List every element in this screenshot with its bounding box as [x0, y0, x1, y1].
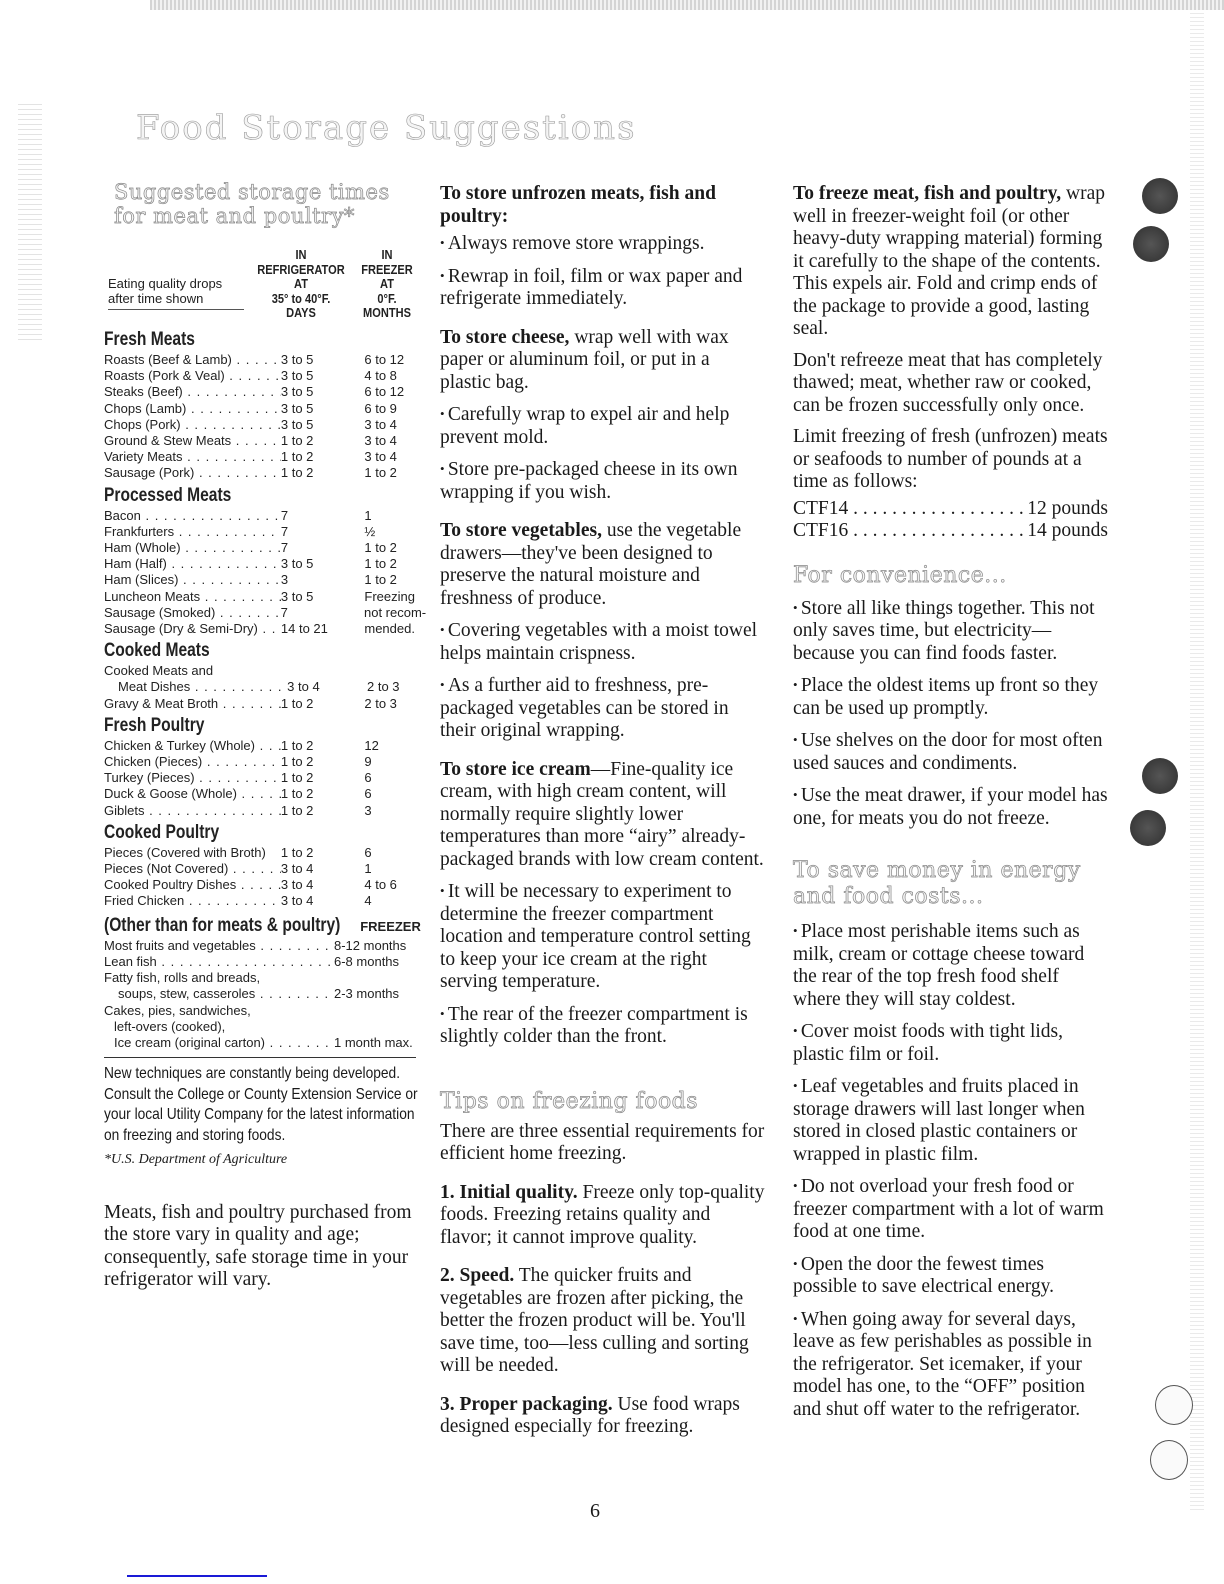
- bullet-item: When going away for several days, leave …: [793, 1308, 1108, 1422]
- table-row: Variety Meats1 to 23 to 4: [104, 449, 424, 465]
- tip-item: 1. Initial quality. Freeze only top-qual…: [440, 1182, 765, 1250]
- table-row: Sausage (Smoked)7not recom-: [104, 605, 424, 621]
- table-row: Ham (Slices)31 to 2: [104, 572, 424, 588]
- vegetables-paragraph: To store vegetables, use the vegetable d…: [440, 520, 765, 610]
- table-row: Most fruits and vegetables8-12 months: [104, 938, 424, 954]
- table-row: Duck & Goose (Whole)1 to 26: [104, 786, 424, 802]
- model-row: CTF1412 pounds: [793, 498, 1108, 521]
- divider: [104, 1057, 416, 1058]
- table-row: Ground & Stew Meats1 to 23 to 4: [104, 433, 424, 449]
- bullet-item: The rear of the freezer compartment is s…: [440, 1003, 765, 1049]
- binder-hole-icon: [1150, 1440, 1188, 1480]
- table-row: left-overs (cooked),: [104, 1019, 424, 1035]
- scan-artifact-right: [1190, 10, 1204, 1510]
- table-row: Sausage (Pork)1 to 21 to 2: [104, 465, 424, 481]
- unfrozen-heading: To store unfrozen meats, fish and poultr…: [440, 183, 765, 228]
- table-row: Bacon71: [104, 508, 424, 524]
- table-row: Ham (Whole)71 to 2: [104, 540, 424, 556]
- storage-time-intro: Meats, fish and poultry purchased from t…: [104, 1202, 424, 1292]
- table-row: Chops (Pork)3 to 53 to 4: [104, 417, 424, 433]
- storage-times-subtitle: Suggested storage times for meat and pou…: [114, 180, 424, 228]
- table-row: Frankfurters7½: [104, 524, 424, 540]
- category-heading: (Other than for meats & poultry): [104, 914, 340, 938]
- ice-cream-paragraph: To store ice cream—Fine-quality ice crea…: [440, 759, 765, 872]
- table-row: Cooked Poultry Dishes3 to 44 to 6: [104, 877, 424, 893]
- bullet-item: Carefully wrap to expel air and help pre…: [440, 403, 765, 449]
- table-row: Roasts (Pork & Veal)3 to 54 to 8: [104, 368, 424, 384]
- table-row: Giblets1 to 23: [104, 803, 424, 819]
- bullet-item: Place the oldest items up front so they …: [793, 674, 1108, 720]
- table-row: Lean fish6-8 months: [104, 954, 424, 970]
- category-heading: Cooked Meats: [104, 639, 366, 663]
- page-title: Food Storage Suggestions: [136, 108, 637, 148]
- tips-intro: There are three essential requirements f…: [440, 1121, 765, 1166]
- binder-hole-icon: [1142, 178, 1178, 214]
- binder-hole-icon: [1142, 758, 1178, 794]
- table-row: Pieces (Not Covered)3 to 41: [104, 861, 424, 877]
- bullet-item: Store all like things together. This not…: [793, 597, 1108, 666]
- binder-hole-icon: [1133, 226, 1169, 262]
- table-header: Eating quality drops after time shown IN…: [104, 248, 424, 326]
- scan-artifact-top: [150, 0, 1224, 10]
- freezer-label: FREEZER: [360, 919, 421, 935]
- bullet-item: As a further aid to freshness, pre-packa…: [440, 674, 765, 743]
- binder-hole-icon: [1155, 1385, 1193, 1425]
- tip-item: 2. Speed. The quicker fruits and vegetab…: [440, 1265, 765, 1378]
- table-row: Chicken (Pieces)1 to 29: [104, 754, 424, 770]
- category-heading: Cooked Poultry: [104, 821, 366, 845]
- bullet-item: Always remove store wrappings.: [440, 232, 765, 256]
- table-row: Ham (Half)3 to 51 to 2: [104, 556, 424, 572]
- table-row: Roasts (Beef & Lamb)3 to 56 to 12: [104, 352, 424, 368]
- category-heading: Fresh Meats: [104, 328, 366, 352]
- model-row: CTF1614 pounds: [793, 520, 1108, 543]
- header-note: Eating quality drops after time shown: [108, 276, 244, 310]
- table-row: Turkey (Pieces)1 to 26: [104, 770, 424, 786]
- bullet-item: Leaf vegetables and fruits placed in sto…: [793, 1075, 1108, 1166]
- right-column: To freeze meat, fish and poultry, wrap w…: [793, 183, 1108, 1430]
- left-column: Suggested storage times for meat and pou…: [104, 180, 424, 1301]
- header-refrigerator: IN REFRIGERATOR AT 35° to 40°F. DAYS: [254, 248, 348, 321]
- tips-heading: Tips on freezing foods: [440, 1089, 765, 1115]
- refreeze-paragraph: Don't refreeze meat that has completely …: [793, 350, 1108, 418]
- storage-table: Eating quality drops after time shown IN…: [104, 248, 424, 1051]
- table-row: Meat Dishes3 to 42 to 3: [104, 679, 424, 695]
- convenience-heading: For convenience...: [793, 563, 1108, 589]
- other-foods-heading-row: (Other than for meats & poultry) FREEZER: [104, 912, 424, 938]
- blue-underline: [127, 1575, 267, 1577]
- bullet-item: Store pre-packaged cheese in its own wra…: [440, 458, 765, 504]
- save-money-heading: To save money in energy and food costs..…: [793, 858, 1083, 910]
- table-row: Gravy & Meat Broth1 to 22 to 3: [104, 696, 424, 712]
- limit-paragraph: Limit freezing of fresh (unfrozen) meats…: [793, 426, 1108, 494]
- category-heading: Processed Meats: [104, 484, 366, 508]
- middle-column: To store unfrozen meats, fish and poultr…: [440, 183, 765, 1448]
- table-row: Cooked Meats and: [104, 663, 424, 679]
- extension-service-note: New techniques are constantly being deve…: [104, 1064, 422, 1146]
- bullet-item: Rewrap in foil, film or wax paper and re…: [440, 265, 765, 311]
- cheese-paragraph: To store cheese, wrap well with wax pape…: [440, 327, 765, 395]
- page-number: 6: [590, 1500, 600, 1523]
- table-row: Cakes, pies, sandwiches,: [104, 1003, 424, 1019]
- table-row: Steaks (Beef)3 to 56 to 12: [104, 384, 424, 400]
- table-row: Chicken & Turkey (Whole)1 to 212: [104, 738, 424, 754]
- bullet-item: It will be necessary to experiment to de…: [440, 880, 765, 994]
- table-row: Fatty fish, rolls and breads,: [104, 970, 424, 986]
- bullet-item: Use shelves on the door for most often u…: [793, 729, 1108, 775]
- bullet-item: Do not overload your fresh food or freez…: [793, 1175, 1108, 1244]
- bullet-item: Use the meat drawer, if your model has o…: [793, 784, 1108, 830]
- footnote-usda: *U.S. Department of Agriculture: [104, 1149, 424, 1172]
- table-row: Fried Chicken3 to 44: [104, 893, 424, 909]
- table-row: Luncheon Meats3 to 5Freezing: [104, 589, 424, 605]
- header-freezer: IN FREEZER AT 0°F. MONTHS: [357, 248, 417, 321]
- table-row: Pieces (Covered with Broth)1 to 26: [104, 845, 424, 861]
- category-heading: Fresh Poultry: [104, 714, 366, 738]
- bullet-item: Cover moist foods with tight lids, plast…: [793, 1020, 1108, 1066]
- bullet-item: Open the door the fewest times possible …: [793, 1253, 1108, 1299]
- table-row: Sausage (Dry & Semi-Dry)14 to 21mended.: [104, 621, 424, 637]
- table-row: Ice cream (original carton)1 month max.: [104, 1035, 424, 1051]
- table-row: soups, stew, casseroles2-3 months: [104, 986, 424, 1002]
- scan-artifact-left: [18, 100, 42, 340]
- bullet-item: Place most perishable items such as milk…: [793, 920, 1108, 1011]
- freeze-paragraph: To freeze meat, fish and poultry, wrap w…: [793, 183, 1108, 341]
- tip-item: 3. Proper packaging. Use food wraps desi…: [440, 1394, 765, 1439]
- binder-hole-icon: [1130, 810, 1166, 846]
- bullet-item: Covering vegetables with a moist towel h…: [440, 619, 765, 665]
- table-row: Chops (Lamb)3 to 56 to 9: [104, 401, 424, 417]
